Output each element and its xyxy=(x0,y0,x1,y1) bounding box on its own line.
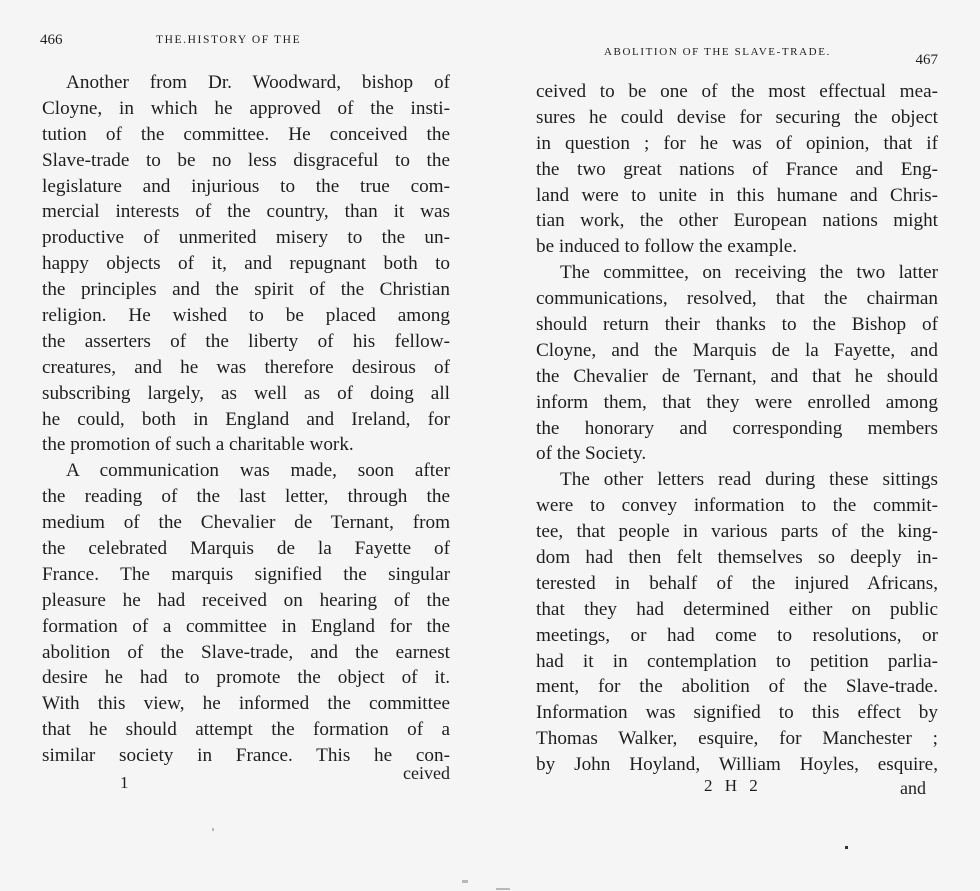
text-line: terested in behalf of the injured Africa… xyxy=(536,571,938,597)
text-line: tian work, the other European nations mi… xyxy=(536,208,938,234)
catchword: ceived xyxy=(403,763,450,784)
text-line: were to convey information to the commit… xyxy=(536,493,938,519)
signature-mark: 1 xyxy=(120,773,133,793)
text-line: the celebrated Marquis de la Fayette of xyxy=(42,536,450,562)
text-line: religion. He wished to be placed among xyxy=(42,303,450,329)
text-line: ment, for the abolition of the Slave-tra… xyxy=(536,674,938,700)
text-line: meetings, or had come to resolutions, or xyxy=(536,623,938,649)
text-line: Information was signified to this effect… xyxy=(536,700,938,726)
text-line: With this view, he informed the committe… xyxy=(42,691,450,717)
text-line: he could, both in England and Ireland, f… xyxy=(42,407,450,433)
text-line: the honorary and corresponding members xyxy=(536,416,938,442)
text-line: dom had then felt themselves so deeply i… xyxy=(536,545,938,571)
text-line: pleasure he had received on hearing of t… xyxy=(42,588,450,614)
running-head: ABOLITION OF THE SLAVE-TRADE. xyxy=(604,46,831,58)
page-number: 466 xyxy=(40,32,63,49)
text-line: that they had determined either on publi… xyxy=(536,597,938,623)
text-line: the Chevalier de Ternant, and that he sh… xyxy=(536,364,938,390)
text-line: land were to unite in this humane and Ch… xyxy=(536,183,938,209)
text-line: France. The marquis signified the singul… xyxy=(42,562,450,588)
text-line: Slave-trade to be no less disgraceful to… xyxy=(42,148,450,174)
page-number: 467 xyxy=(916,52,939,69)
body-text: Another from Dr. Woodward, bishop ofCloy… xyxy=(42,70,450,769)
scan-speck xyxy=(496,888,510,890)
text-line: inform them, that they were enrolled amo… xyxy=(536,390,938,416)
text-line: the asserters of the liberty of his fell… xyxy=(42,329,450,355)
text-line: ceived to be one of the most effectual m… xyxy=(536,79,938,105)
signature-mark: 2 H 2 xyxy=(704,776,762,796)
text-line: the principles and the spirit of the Chr… xyxy=(42,277,450,303)
text-line: The committee, on receiving the two latt… xyxy=(536,260,938,286)
scan-speck xyxy=(212,828,214,831)
running-head: THE.HISTORY OF THE xyxy=(156,34,301,46)
text-line: legislature and injurious to the true co… xyxy=(42,174,450,200)
text-line: the reading of the last letter, through … xyxy=(42,484,450,510)
catchword: and xyxy=(900,778,926,799)
text-line: medium of the Chevalier de Ternant, from xyxy=(42,510,450,536)
text-line: that he should attempt the formation of … xyxy=(42,717,450,743)
text-line: desire he had to promote the object of i… xyxy=(42,665,450,691)
text-line: should return their thanks to the Bishop… xyxy=(536,312,938,338)
text-line: happy objects of it, and repugnant both … xyxy=(42,251,450,277)
text-line: similar society in France. This he con- xyxy=(42,743,450,769)
text-line: the two great nations of France and Eng- xyxy=(536,157,938,183)
text-line: Cloyne, in which he approved of the inst… xyxy=(42,96,450,122)
text-line: Thomas Walker, esquire, for Manchester ; xyxy=(536,726,938,752)
text-line: in question ; for he was of opinion, tha… xyxy=(536,131,938,157)
text-line: abolition of the Slave-trade, and the ea… xyxy=(42,640,450,666)
scan-speck xyxy=(845,846,848,849)
text-line: by John Hoyland, William Hoyles, esquire… xyxy=(536,752,938,778)
text-line: tee, that people in various parts of the… xyxy=(536,519,938,545)
text-line: The other letters read during these sitt… xyxy=(536,467,938,493)
text-line: productive of unmerited misery to the un… xyxy=(42,225,450,251)
text-line: of the Society. xyxy=(536,441,938,467)
text-line: the promotion of such a charitable work. xyxy=(42,432,450,458)
text-line: tution of the committee. He conceived th… xyxy=(42,122,450,148)
text-line: A communication was made, soon after xyxy=(42,458,450,484)
text-line: Cloyne, and the Marquis de la Fayette, a… xyxy=(536,338,938,364)
scan-speck xyxy=(462,880,468,883)
text-line: sures he could devise for securing the o… xyxy=(536,105,938,131)
text-line: communications, resolved, that the chair… xyxy=(536,286,938,312)
text-line: creatures, and he was therefore desirous… xyxy=(42,355,450,381)
text-line: had it in contemplation to petition parl… xyxy=(536,649,938,675)
text-line: formation of a committee in England for … xyxy=(42,614,450,640)
text-line: be induced to follow the example. xyxy=(536,234,938,260)
text-line: mercial interests of the country, than i… xyxy=(42,199,450,225)
text-line: Another from Dr. Woodward, bishop of xyxy=(42,70,450,96)
body-text: ceived to be one of the most effectual m… xyxy=(536,79,938,778)
text-line: subscribing largely, as well as of doing… xyxy=(42,381,450,407)
